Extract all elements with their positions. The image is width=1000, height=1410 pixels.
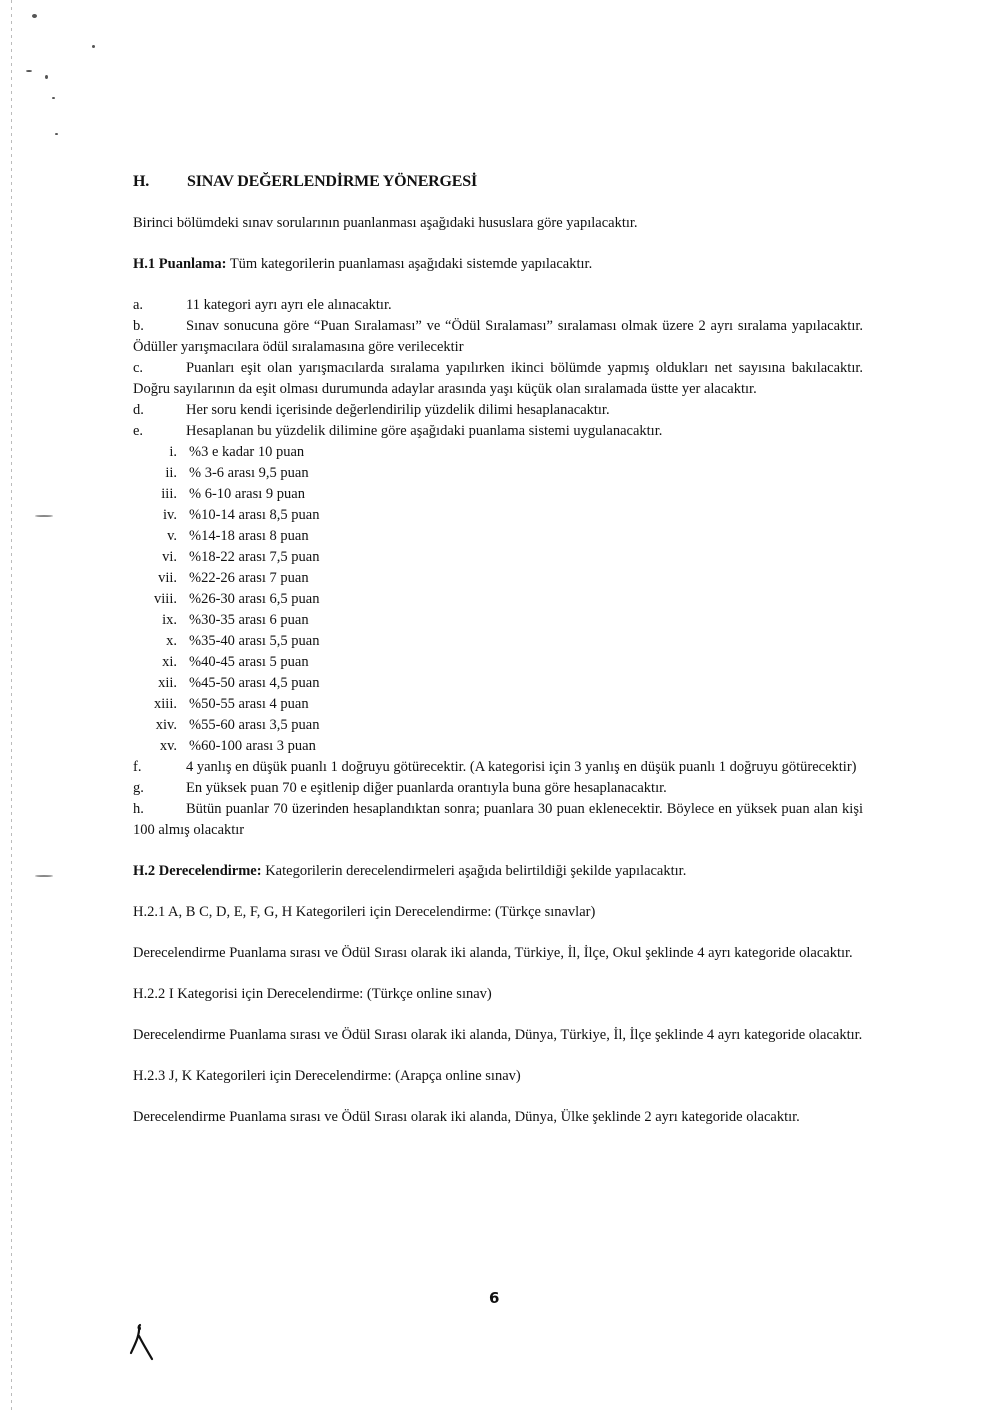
scan-speck [35, 515, 53, 517]
scoring-text: %26-30 arası 6,5 puan [189, 589, 319, 610]
intro-paragraph: Birinci bölümdeki sınav sorularının puan… [133, 213, 863, 234]
item-label: c. [133, 358, 186, 379]
item-text: 4 yanlış en düşük puanlı 1 doğruyu götür… [186, 759, 857, 775]
h1-text: Tüm kategorilerin puanlaması aşağıdaki s… [226, 256, 592, 272]
roman-numeral: ii. [133, 463, 189, 484]
item-label: d. [133, 400, 186, 421]
scan-speck [45, 75, 48, 79]
scoring-row: ii.% 3-6 arası 9,5 puan [133, 463, 863, 484]
scoring-text: %50-55 arası 4 puan [189, 694, 309, 715]
item-text: Puanları eşit olan yarışmacılarda sırala… [133, 360, 863, 397]
roman-numeral: viii. [133, 589, 189, 610]
scoring-text: %35-40 arası 5,5 puan [189, 631, 319, 652]
scoring-row: vi.%18-22 arası 7,5 puan [133, 547, 863, 568]
scoring-row: xiv.%55-60 arası 3,5 puan [133, 715, 863, 736]
roman-numeral: xii. [133, 673, 189, 694]
roman-numeral: vi. [133, 547, 189, 568]
scoring-text: %40-45 arası 5 puan [189, 652, 309, 673]
h22-text: Derecelendirme Puanlama sırası ve Ödül S… [133, 1025, 863, 1046]
section-letter: H. [133, 168, 187, 196]
roman-numeral: iv. [133, 505, 189, 526]
item-label: a. [133, 295, 186, 316]
scoring-text: %45-50 arası 4,5 puan [189, 673, 319, 694]
scoring-row: iii.% 6-10 arası 9 puan [133, 484, 863, 505]
scoring-row: iv.%10-14 arası 8,5 puan [133, 505, 863, 526]
scoring-text: %3 e kadar 10 puan [189, 442, 304, 463]
item-label: b. [133, 316, 186, 337]
h2-label: H.2 Derecelendirme: [133, 863, 262, 879]
scoring-row: xi.%40-45 arası 5 puan [133, 652, 863, 673]
scoring-text: %14-18 arası 8 puan [189, 526, 309, 547]
item-text: 11 kategori ayrı ayrı ele alınacaktır. [186, 297, 392, 313]
scoring-row: viii.%26-30 arası 6,5 puan [133, 589, 863, 610]
scoring-text: %18-22 arası 7,5 puan [189, 547, 319, 568]
scoring-text: % 3-6 arası 9,5 puan [189, 463, 309, 484]
item-text: Her soru kendi içerisinde değerlendirili… [186, 402, 610, 418]
item-label: f. [133, 757, 186, 778]
h22-title: H.2.2 I Kategorisi için Derecelendirme: … [133, 984, 863, 1005]
scoring-row: xiii.%50-55 arası 4 puan [133, 694, 863, 715]
scoring-text: %55-60 arası 3,5 puan [189, 715, 319, 736]
list-item-d: d.Her soru kendi içerisinde değerlendiri… [133, 400, 863, 421]
roman-numeral: v. [133, 526, 189, 547]
scoring-text: %30-35 arası 6 puan [189, 610, 309, 631]
roman-numeral: xiv. [133, 715, 189, 736]
h2-paragraph: H.2 Derecelendirme: Kategorilerin derece… [133, 861, 863, 882]
list-item-f: f.4 yanlış en düşük puanlı 1 doğruyu göt… [133, 757, 863, 778]
roman-numeral: iii. [133, 484, 189, 505]
page-number: 6 [489, 1289, 499, 1307]
item-text: Sınav sonucuna göre “Puan Sıralaması” ve… [133, 318, 863, 355]
item-text: Bütün puanlar 70 üzerinden hesaplandıkta… [133, 801, 863, 838]
h23-title: H.2.3 J, K Kategorileri için Derecelendi… [133, 1066, 863, 1087]
list-item-c: c.Puanları eşit olan yarışmacılarda sıra… [133, 358, 863, 400]
h22-title-text: H.2.2 I Kategorisi için Derecelendirme: … [133, 986, 492, 1002]
handwritten-initial-icon [128, 1322, 158, 1362]
h23-text: Derecelendirme Puanlama sırası ve Ödül S… [133, 1107, 863, 1128]
h23-title-text: H.2.3 J, K Kategorileri için Derecelendi… [133, 1068, 521, 1084]
item-label: g. [133, 778, 186, 799]
scan-speck [52, 97, 55, 99]
list-item-e: e.Hesaplanan bu yüzdelik dilimine göre a… [133, 421, 863, 442]
scan-speck [26, 70, 32, 72]
scan-speck [32, 14, 37, 18]
scoring-row: xii.%45-50 arası 4,5 puan [133, 673, 863, 694]
h2-text: Kategorilerin derecelendirmeleri aşağıda… [262, 863, 687, 879]
document-page: H.SINAV DEĞERLENDİRME YÖNERGESİ Birinci … [0, 0, 1000, 1410]
scoring-row: vii.%22-26 arası 7 puan [133, 568, 863, 589]
scoring-text: % 6-10 arası 9 puan [189, 484, 305, 505]
roman-numeral: xi. [133, 652, 189, 673]
section-heading: H.SINAV DEĞERLENDİRME YÖNERGESİ [133, 168, 863, 196]
list-item-h: h.Bütün puanlar 70 üzerinden hesaplandık… [133, 799, 863, 841]
item-label: h. [133, 799, 186, 820]
scoring-table: i.%3 e kadar 10 puan ii.% 3-6 arası 9,5 … [133, 442, 863, 757]
roman-numeral: ix. [133, 610, 189, 631]
roman-numeral: xiii. [133, 694, 189, 715]
scoring-row: ix.%30-35 arası 6 puan [133, 610, 863, 631]
roman-numeral: xv. [133, 736, 189, 757]
item-text: En yüksek puan 70 e eşitlenip diğer puan… [186, 780, 667, 796]
scoring-row: v.%14-18 arası 8 puan [133, 526, 863, 547]
section-title: SINAV DEĞERLENDİRME YÖNERGESİ [187, 173, 477, 190]
item-label: e. [133, 421, 186, 442]
roman-numeral: i. [133, 442, 189, 463]
scoring-text: %60-100 arası 3 puan [189, 736, 316, 757]
scoring-row: i.%3 e kadar 10 puan [133, 442, 863, 463]
scan-speck [35, 875, 53, 877]
h21-text: Derecelendirme Puanlama sırası ve Ödül S… [133, 943, 863, 964]
scan-speck [92, 45, 95, 48]
list-item-a: a.11 kategori ayrı ayrı ele alınacaktır. [133, 295, 863, 316]
scan-speck [55, 133, 58, 135]
document-body: H.SINAV DEĞERLENDİRME YÖNERGESİ Birinci … [133, 168, 863, 1128]
list-item-g: g.En yüksek puan 70 e eşitlenip diğer pu… [133, 778, 863, 799]
scoring-row: x.%35-40 arası 5,5 puan [133, 631, 863, 652]
roman-numeral: x. [133, 631, 189, 652]
h21-title: H.2.1 A, B C, D, E, F, G, H Kategorileri… [133, 902, 863, 923]
scoring-row: xv.%60-100 arası 3 puan [133, 736, 863, 757]
scoring-text: %22-26 arası 7 puan [189, 568, 309, 589]
item-text: Hesaplanan bu yüzdelik dilimine göre aşa… [186, 423, 662, 439]
list-item-b: b.Sınav sonucuna göre “Puan Sıralaması” … [133, 316, 863, 358]
h21-title-text: H.2.1 A, B C, D, E, F, G, H Kategorileri… [133, 904, 595, 920]
roman-numeral: vii. [133, 568, 189, 589]
h1-paragraph: H.1 Puanlama: Tüm kategorilerin puanlama… [133, 254, 863, 275]
scan-edge-line [11, 0, 12, 1410]
h1-label: H.1 Puanlama: [133, 256, 226, 272]
scoring-text: %10-14 arası 8,5 puan [189, 505, 319, 526]
